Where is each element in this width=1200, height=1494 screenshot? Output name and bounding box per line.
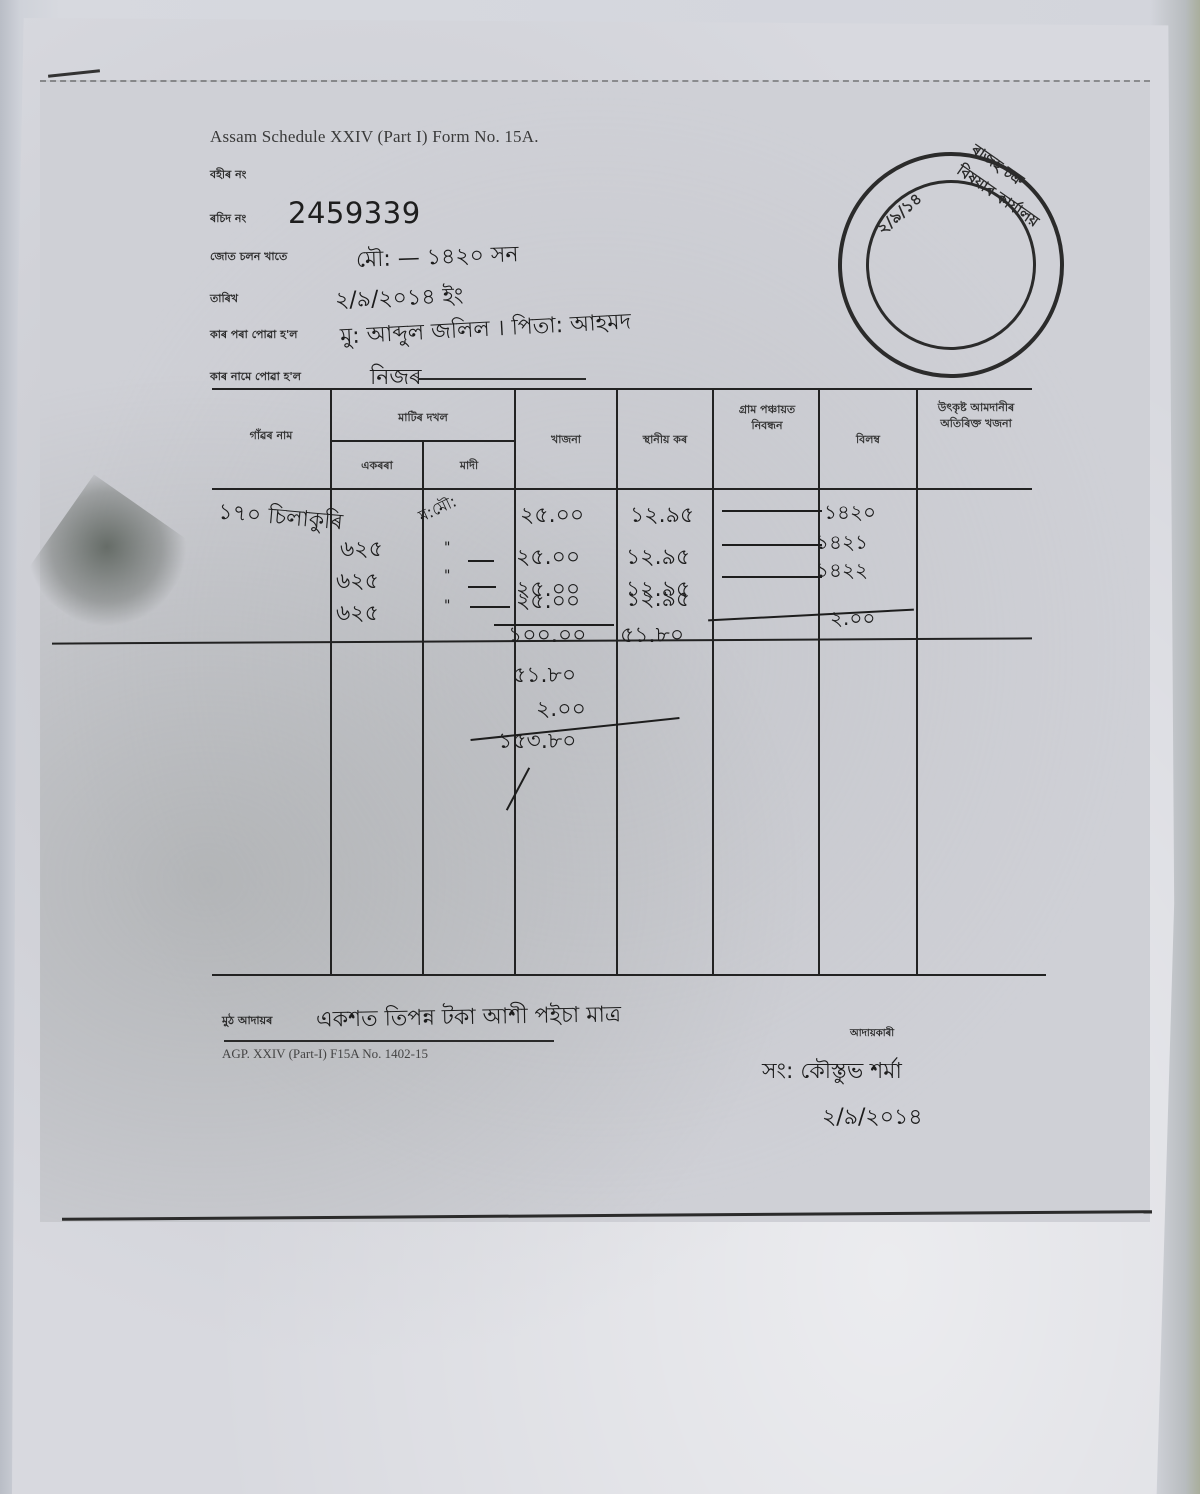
row-1-local-rate: ১২.৯৫ [630, 498, 694, 535]
table-top-border [212, 388, 1032, 390]
working-line-1: ৫১.৮০ [512, 658, 576, 695]
signatory-label: আদায়কাৰী [850, 1026, 894, 1043]
header-arrears: গ্ৰাম পঞ্চায়ত নিবন্ধন [732, 402, 802, 434]
header-local-rate: স্থানীয় কৰ [618, 432, 712, 448]
account-label: জোত চলন খাতে [210, 248, 287, 267]
table-bottom-border [212, 974, 1046, 976]
row-2-col-b: " [444, 540, 450, 556]
revenue-table: গাঁৱৰ নাম মাটিৰ দখল একৰৰা মাদী খাজনা স্থ… [212, 388, 1032, 976]
header-col-a: একৰৰা [332, 458, 422, 474]
row-4-arrears-dash [708, 609, 914, 622]
row-4-local-rate: ১২.৯৫ [626, 582, 690, 619]
print-code: AGP. XXIV (Part-I) F15A No. 1402-15 [222, 1046, 428, 1062]
collector-signature: সং: কৌস্তুভ শৰ্মা [762, 1054, 902, 1091]
row-1-revenue: ২৫.০০ [520, 498, 584, 535]
col-divider [916, 388, 918, 974]
row-1-village: ১৭০ চিলাকুৰি [217, 495, 345, 543]
receipt-number: 2459339 [288, 196, 421, 230]
check-mark [506, 767, 530, 810]
col-divider [330, 388, 332, 974]
book-no-label: বহীৰ নং [210, 166, 246, 185]
col-divider [616, 388, 618, 974]
form-title: Assam Schedule XXIV (Part I) Form No. 15… [210, 127, 539, 147]
amount-in-words: একশত তিপন্ন টকা আশী পইচা মাত্ৰ [316, 997, 622, 1039]
row-3-fine: ১৪২২ [816, 556, 868, 589]
payment-for-underline [418, 378, 586, 380]
header-village: গাঁৱৰ নাম [212, 428, 330, 444]
amount-words-underline [224, 1040, 554, 1042]
signature-date: ২/৯/২০১৪ [822, 1100, 923, 1137]
header-revenue: খাজনা [516, 432, 616, 448]
col-divider [818, 388, 820, 974]
total-revenue: ১০০.০০ [508, 618, 587, 655]
row-2-arrears-dash [722, 544, 822, 546]
header-land-group: মাটিৰ দখল [332, 410, 514, 426]
row-1-fine: ১৪২০ [824, 498, 876, 531]
header-remarks: উৎকৃষ্ট আমদানীৰ অতিৰিক্ত খজনা [928, 400, 1024, 432]
row-3-arrears-dash [722, 576, 822, 578]
row-3-col-b: " [444, 568, 450, 584]
row-4-col-b: " [444, 598, 450, 614]
header-bottom-border [212, 488, 1032, 490]
row-1-arrears-dash [722, 510, 822, 512]
header-col-b: মাদী [424, 458, 514, 474]
row-3-col-b-dash [468, 586, 496, 588]
col-divider [712, 388, 714, 974]
header-fine: বিলম্ব [820, 432, 916, 448]
row-4-col-a: ৬২৫ [336, 596, 379, 633]
date-label: তাৰিখ [210, 290, 238, 309]
row-4-col-b-dash [470, 606, 510, 608]
amount-words-label: মুঠ আদায়ৰ [222, 1012, 272, 1031]
payment-for-label: কাৰ নামে পোৱা হ'ল [210, 368, 301, 387]
total-local-rate: ৫১.৮০ [620, 618, 684, 655]
account-value: মৌ: — ১৪২০ সন [355, 237, 519, 280]
row-4-fine: ২.০০ [830, 604, 875, 637]
row-4-revenue: ২৫.০০ [516, 584, 580, 621]
payer-label: কাৰ পৰা পোৱা হ'ল [210, 326, 298, 345]
row-2-col-b-dash [468, 560, 494, 562]
receipt-no-label: ৰচিদ নং [210, 210, 246, 229]
working-result: ১৫৩.৮০ [498, 724, 576, 761]
